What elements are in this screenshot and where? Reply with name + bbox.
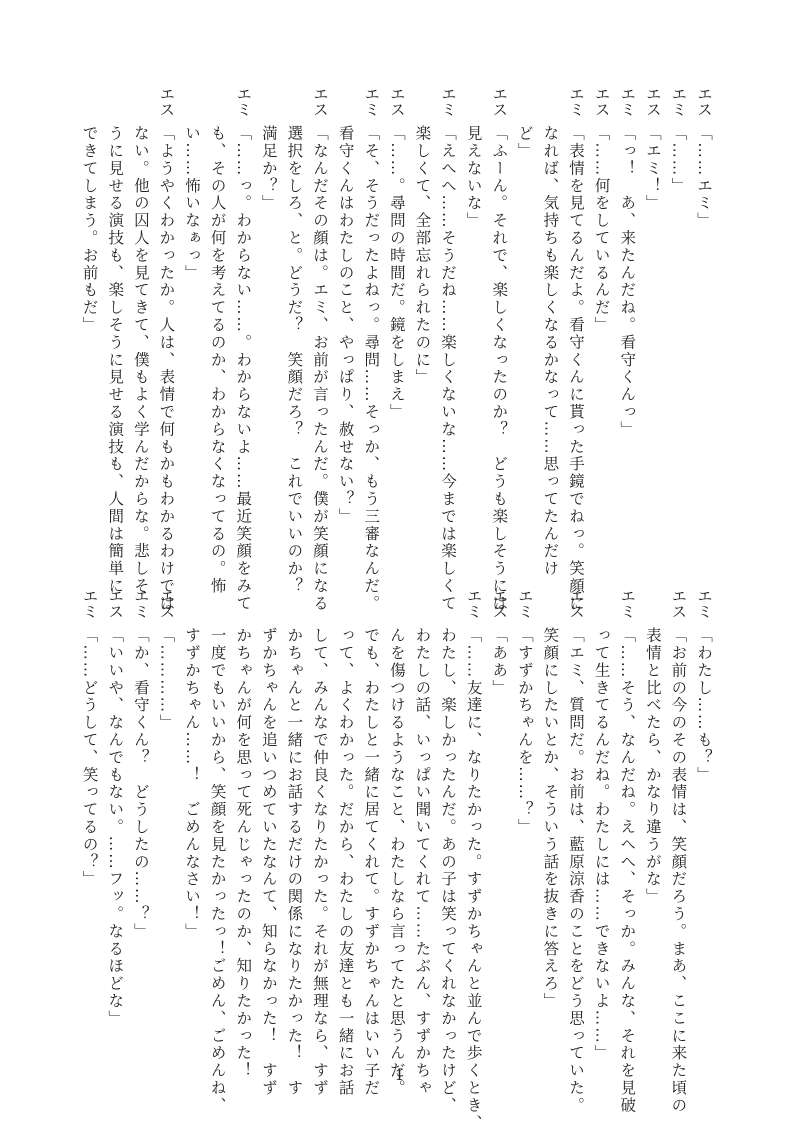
dialogue-text: 「表情を見てるんだよ。看守くんに貰った手鏡でねっ。笑顔に [565,125,587,612]
dialogue-column: も、その人が何を考えてるのか、わからなくなってるの。怖 [207,86,229,556]
dialogue-text: 「エミ！」 [642,125,664,212]
dialogue-column: ない。他の囚人を見てきて、僕もよく学んだからな。悲しそ [130,86,152,556]
speaker-label: エミ [437,86,459,117]
page-number: 1 [0,1066,799,1084]
dialogue-text: 「えへへ……そうだね……楽しくないな……今までは楽しくて [437,125,459,612]
dialogue-column: 満足か？」 [258,86,280,556]
speaker-label: エス [155,588,177,619]
dialogue-column: エス「……エミ」 [693,86,715,556]
dialogue-text: 「っ！ あ、来たんだね。看守くんっ」 [616,125,638,438]
dialogue-column: エミ「そ、そうだったよねっ。尋問……そっか、もう三審なんだ。 [360,86,382,556]
dialogue-column: すずかちゃん……！ ごめんなさい！」 [181,588,203,1058]
speaker-label: エミ [693,588,715,619]
speaker-label: エス [565,588,587,619]
speaker-label: エス [488,588,510,619]
dialogue-text: 「なんだその顔は。エミ、お前が言ったんだ。僕が笑顔になる [309,125,331,612]
dialogue-text: 選択をしろ、と。どうだ？ 笑顔だろ？ これでいいのか？ [283,125,305,595]
dialogue-text: 「……そう、なんだね。えへへ、そっか。みんな、それを見破 [616,627,638,1114]
speaker-label: エス [591,86,613,117]
dialogue-text: 「そ、そうだったよねっ。尋問……そっか、もう三審なんだ。 [360,125,382,612]
dialogue-text: 「…………」 [155,627,177,731]
dialogue-column: でも、わたしと一緒に居てくれて。すずかちゃんはいい子だ [360,588,382,1058]
dialogue-column: って生きてるんだね。わたしには……できないよ……」 [591,588,613,1058]
dialogue-column: かちゃんと一緒にお話するだけの関係になりたかった！ す [283,588,305,1058]
dialogue-column: エミ「わたし……も？」 [693,588,715,1058]
dialogue-text: 楽しくて、全部忘れられたのに」 [411,125,433,386]
speaker-label: エス [642,86,664,117]
dialogue-text: わたしの話、いっぱい聞いてくれて……たぶん、すずかちゃ [411,627,433,1097]
speaker-label: エミ [514,588,536,619]
speaker-label: エス [693,86,715,117]
dialogue-column: エミ「表情を見てるんだよ。看守くんに貰った手鏡でねっ。笑顔に [565,86,587,556]
dialogue-column: エミ「……友達に、なりたかった。すずかちゃんと並んで歩くとき、 [463,588,485,1058]
dialogue-text: 「……エミ」 [693,125,715,229]
dialogue-column: エス「ふーん。それで、楽しくなったのか？ どうも楽しそうには [488,86,510,556]
dialogue-text: んを傷つけるようなこと、わたしなら言ってたと思うんだ。 [386,627,408,1097]
speaker-label: エミ [79,588,101,619]
top-text-block: エス「……エミ」エミ「……」エス「エミ！」エミ「っ！ あ、来たんだね。看守くんっ… [75,86,715,556]
dialogue-column: わたし、楽しかったんだ。あの子は笑ってくれなかったけど、 [437,588,459,1058]
dialogue-text: 「……っ。わからない……。わからないよ……最近笑顔をみて [232,125,254,612]
dialogue-text: かちゃんと一緒にお話するだけの関係になりたかった！ す [283,627,305,1097]
speaker-label: エス [104,588,126,619]
dialogue-column: なれば、気持ちも楽しくなるかなって……思ってたんだけ [539,86,561,556]
speaker-label: エミ [616,86,638,117]
dialogue-text: 「わたし……も？」 [693,627,715,784]
dialogue-column: い……怖いなぁっ」 [181,86,203,556]
dialogue-column: わたしの話、いっぱい聞いてくれて……たぶん、すずかちゃ [411,588,433,1058]
speaker-label: エス [488,86,510,117]
dialogue-text: すずかちゃん……！ ごめんなさい！」 [181,627,203,940]
dialogue-column: 表情と比べたら、かなり違うがな」 [642,588,664,1058]
speaker-label: エミ [667,86,689,117]
dialogue-text: 「すずかちゃんを……？」 [514,627,536,836]
dialogue-column: エス「ああ」 [488,588,510,1058]
dialogue-column: エス「エミ！」 [642,86,664,556]
dialogue-text: 見えないな」 [463,125,485,229]
dialogue-text: して、みんなで仲良くなりたかった。それが無理なら、すず [309,627,331,1097]
speaker-label: エミ [360,86,382,117]
dialogue-text: も、その人が何を考えてるのか、わからなくなってるの。怖 [207,125,229,595]
dialogue-column: って、よくわかった。だから、わたしの友達とも一緒にお話 [335,588,357,1058]
dialogue-column: んを傷つけるようなこと、わたしなら言ってたと思うんだ。 [386,588,408,1058]
speaker-label: エミ [565,86,587,117]
dialogue-column: できてしまう。お前もだ」 [79,86,101,556]
dialogue-text: 「……何をしているんだ」 [591,125,613,334]
dialogue-column: して、みんなで仲良くなりたかった。それが無理なら、すず [309,588,331,1058]
dialogue-text: 看守くんはわたしのこと、やっぱり、赦せない？」 [335,125,357,525]
dialogue-column: エミ「っ！ あ、来たんだね。看守くんっ」 [616,86,638,556]
dialogue-text: 「エミ、質問だ。お前は、藍原涼香のことをどう思っていた。 [565,627,587,1114]
dialogue-column: ずかちゃんを追いつめていたなんて、知らなかった！ すず [258,588,280,1058]
dialogue-text: 満足か？」 [258,125,280,212]
dialogue-text: 「ふーん。それで、楽しくなったのか？ どうも楽しそうには [488,125,510,612]
speaker-label: エス [155,86,177,117]
dialogue-column: ど」 [514,86,536,556]
speaker-label: エス [667,588,689,619]
dialogue-column: エミ「……そう、なんだね。えへへ、そっか。みんな、それを見破 [616,588,638,1058]
dialogue-column: かちゃんが何を思って死んじゃったのか、知りたかった！ [232,588,254,1058]
dialogue-column: エス「…………」 [155,588,177,1058]
dialogue-text: うに見せる演技も、楽しそうに見せる演技も、人間は簡単に [104,125,126,595]
dialogue-column: 見えないな」 [463,86,485,556]
dialogue-column: エス「エミ、質問だ。お前は、藍原涼香のことをどう思っていた。 [565,588,587,1058]
speaker-label: エミ [463,588,485,619]
dialogue-text: 「いいや、なんでもない。……フッ。なるほどな」 [104,627,126,1027]
dialogue-text: できてしまう。お前もだ」 [79,125,101,334]
dialogue-column: 笑顔にしたいとか、そういう話を抜きに答えろ」 [539,588,561,1058]
dialogue-text: 「……どうして、笑ってるの？」 [79,627,101,888]
dialogue-column: エミ「すずかちゃんを……？」 [514,588,536,1058]
dialogue-column: エス「なんだその顔は。エミ、お前が言ったんだ。僕が笑顔になる [309,86,331,556]
dialogue-text: 笑顔にしたいとか、そういう話を抜きに答えろ」 [539,627,561,1010]
dialogue-text: って生きてるんだね。わたしには……できないよ……」 [591,627,613,1062]
dialogue-column: うに見せる演技も、楽しそうに見せる演技も、人間は簡単に [104,86,126,556]
dialogue-text: 「か、看守くん？ どうしたの……？」 [130,627,152,940]
dialogue-text: って、よくわかった。だから、わたしの友達とも一緒にお話 [335,627,357,1097]
dialogue-column: エス「……。尋問の時間だ。鏡をしまえ」 [386,86,408,556]
dialogue-column: エス「お前の今のその表情は、笑顔だろう。まあ、ここに来た頃の [667,588,689,1058]
dialogue-text: ど」 [514,125,536,160]
dialogue-column: 選択をしろ、と。どうだ？ 笑顔だろ？ これでいいのか？ [283,86,305,556]
speaker-label: エス [309,86,331,117]
dialogue-column: エミ「……っ。わからない……。わからないよ……最近笑顔をみて [232,86,254,556]
dialogue-column: 一度でもいいから、笑顔を見たかったっ！ごめん、ごめんね、 [207,588,229,1058]
dialogue-text: 「ああ」 [488,627,510,697]
speaker-label: エミ [232,86,254,117]
bottom-text-block: エミ「わたし……も？」エス「お前の今のその表情は、笑顔だろう。まあ、ここに来た頃… [75,588,715,1058]
dialogue-text: ない。他の囚人を見てきて、僕もよく学んだからな。悲しそ [130,125,152,595]
dialogue-column: エス「ようやくわかったか。人は、表情で何もかもわかるわけでは [155,86,177,556]
dialogue-text: 「……。尋問の時間だ。鏡をしまえ」 [386,125,408,421]
dialogue-column: 楽しくて、全部忘れられたのに」 [411,86,433,556]
document-page: エス「……エミ」エミ「……」エス「エミ！」エミ「っ！ あ、来たんだね。看守くんっ… [0,0,799,1134]
dialogue-text: 「ようやくわかったか。人は、表情で何もかもわかるわけでは [155,125,177,612]
speaker-label: エス [386,86,408,117]
dialogue-column: エミ「えへへ……そうだね……楽しくないな……今までは楽しくて [437,86,459,556]
dialogue-text: 「……」 [667,125,689,195]
dialogue-column: エス「いいや、なんでもない。……フッ。なるほどな」 [104,588,126,1058]
dialogue-text: 「……友達に、なりたかった。すずかちゃんと並んで歩くとき、 [463,627,485,1132]
dialogue-text: 「お前の今のその表情は、笑顔だろう。まあ、ここに来た頃の [667,627,689,1114]
dialogue-text: ずかちゃんを追いつめていたなんて、知らなかった！ すず [258,627,280,1097]
speaker-label: エミ [130,588,152,619]
dialogue-column: 看守くんはわたしのこと、やっぱり、赦せない？」 [335,86,357,556]
dialogue-text: い……怖いなぁっ」 [181,125,203,282]
dialogue-column: エミ「か、看守くん？ どうしたの……？」 [130,588,152,1058]
dialogue-column: エス「……何をしているんだ」 [591,86,613,556]
dialogue-text: 一度でもいいから、笑顔を見たかったっ！ごめん、ごめんね、 [207,627,229,1114]
dialogue-text: でも、わたしと一緒に居てくれて。すずかちゃんはいい子だ [360,627,382,1097]
dialogue-text: わたし、楽しかったんだ。あの子は笑ってくれなかったけど、 [437,627,459,1114]
speaker-label: エミ [616,588,638,619]
dialogue-column: エミ「……どうして、笑ってるの？」 [79,588,101,1058]
dialogue-text: 表情と比べたら、かなり違うがな」 [642,627,664,905]
dialogue-column: エミ「……」 [667,86,689,556]
dialogue-text: なれば、気持ちも楽しくなるかなって……思ってたんだけ [539,125,561,577]
dialogue-text: かちゃんが何を思って死んじゃったのか、知りたかった！ [232,627,254,1079]
